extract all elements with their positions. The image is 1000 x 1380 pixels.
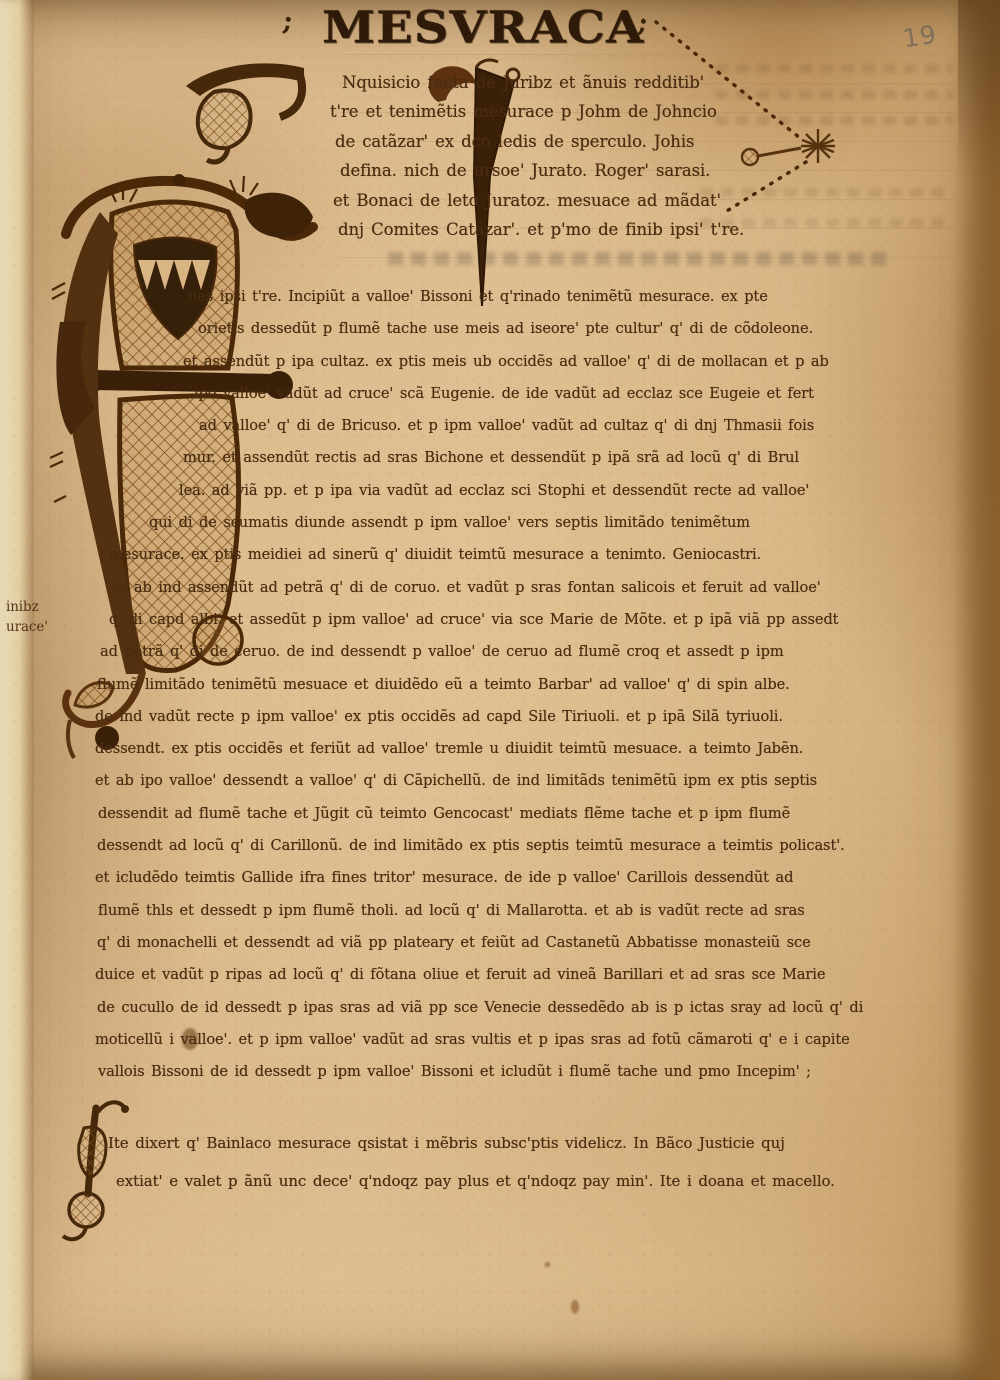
opening-line: de catãzar' ex dco ledis de sperculo. Jo… — [330, 127, 770, 156]
page-edge-shadow — [958, 0, 1000, 260]
marginal-note-line: inibz — [6, 597, 76, 617]
main-text-line: et icludẽdo teimtis Gallide ifra fines t… — [95, 862, 940, 894]
main-text-line: ipo valloe' vadũt ad cruce' scã Eugenie.… — [95, 378, 940, 410]
main-text-line: qui di de scumatis diunde assendt p ipm … — [95, 507, 940, 539]
main-text-line: dessendt ad locũ q' di Carillonũ. de ind… — [95, 830, 940, 862]
footer-line: extiat' e valet p ãnũ unc dece' q'ndoqz … — [108, 1162, 928, 1200]
binding-gutter — [0, 0, 34, 1380]
main-text-line: orietis dessedũt p flumẽ tache use meis … — [95, 313, 940, 345]
main-text-line: flumẽ limitãdo tenimẽtũ mesuace et diuid… — [95, 669, 940, 701]
main-text-line: et assendũt p ipa cultaz. ex ptis meis u… — [95, 346, 940, 378]
opening-line: dnj Comites Catãzar'. et p'mo de finib i… — [330, 215, 770, 244]
main-text-line: de ind vadũt recte p ipm valloe' ex ptis… — [95, 701, 940, 733]
opening-line: et Bonaci de leto Juratoz. mesuace ad mã… — [330, 186, 770, 215]
opening-paragraph: Nquisicio facta de Juribz et ãnuis reddi… — [330, 68, 770, 244]
footer-paragraph: Ite dixert q' Bainlaco mesurace qsistat … — [108, 1124, 928, 1200]
main-text-line: dessendit ad flumẽ tache et Jũgit cũ tei… — [95, 798, 940, 830]
main-text-line: ad petrã q' di de ceruo. de ind dessendt… — [95, 636, 940, 668]
main-text-line: mur. et assendũt rectis ad sras Bichone … — [95, 442, 940, 474]
page-title: MESVRACA — [322, 2, 632, 50]
opening-line: Nquisicio facta de Juribz et ãnuis reddi… — [330, 68, 770, 97]
main-text-line: duice et vadũt p ripas ad locũ q' di fõt… — [95, 959, 940, 991]
ink-stain — [545, 1262, 550, 1267]
main-text-line: et ab ipo valloe' dessendt a valloe' q' … — [95, 765, 940, 797]
main-text-line: ad valloe' q' di de Bricuso. et p ipm va… — [95, 410, 940, 442]
opening-line: t're et tenimẽtis mesurace p Johm de Joh… — [330, 97, 770, 126]
marginal-note-line: urace' — [6, 617, 76, 637]
main-text: nes ipsi t're. Incipiũt a valloe' Bisson… — [95, 281, 940, 1088]
main-text-line: vallois Bissoni de id dessedt p ipm vall… — [95, 1056, 940, 1088]
footer-line: Ite dixert q' Bainlaco mesurace qsistat … — [108, 1124, 928, 1162]
main-text-line: q' di monachelli et dessendt ad viã pp p… — [95, 927, 940, 959]
manuscript-page: MESVRACA ; ; 19 — [0, 0, 1000, 1380]
main-text-line: flumẽ thls et dessedt p ipm flumẽ tholi.… — [95, 895, 940, 927]
folio-number: 19 — [901, 20, 939, 54]
main-text-line: moticellũ i valloe'. et p ipm valloe' va… — [95, 1024, 940, 1056]
main-text-line: dessendt. ex ptis occidẽs et feriũt ad v… — [95, 733, 940, 765]
main-text-line: et ab ind assendũt ad petrã q' di de cor… — [95, 572, 940, 604]
asterisk-star-ornament — [801, 129, 835, 163]
opening-line: defina. nich de ursoe' Jurato. Roger' sa… — [330, 156, 770, 185]
main-text-line: lea. ad viã pp. et p ipa via vadũt ad ec… — [95, 475, 940, 507]
main-text-line: mesurace. ex ptis meidiei ad sinerũ q' d… — [95, 539, 940, 571]
scribal-paraph — [180, 52, 310, 167]
main-text-line: nes ipsi t're. Incipiũt a valloe' Bisson… — [95, 281, 940, 313]
ink-stain — [571, 1300, 579, 1314]
main-text-line: de cucullo de id dessedt p ipas sras ad … — [95, 992, 940, 1024]
marginal-note: inibzurace' — [6, 597, 76, 637]
main-text-line: q' di capd albi. et assedũt p ipm valloe… — [95, 604, 940, 636]
title-flourish-left: ; — [281, 5, 295, 37]
